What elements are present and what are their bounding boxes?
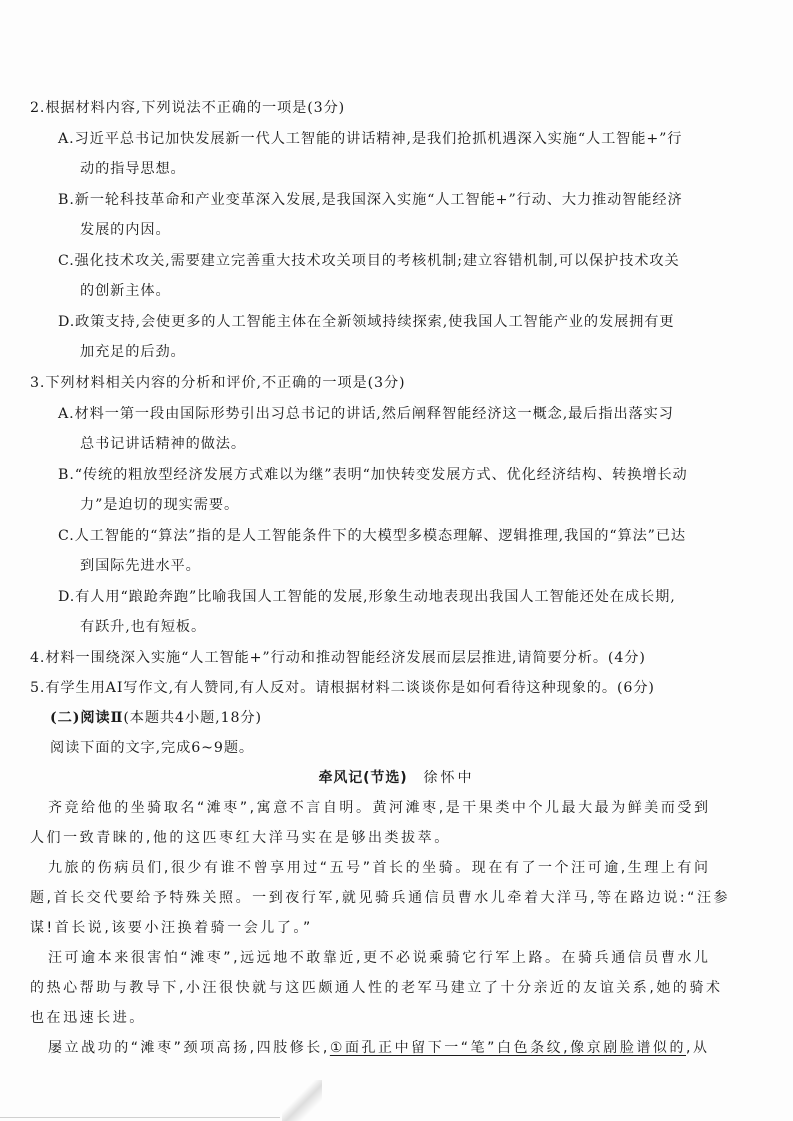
question-5-stem: 5.有学生用AI写作文,有人赞同,有人反对。请根据材料二谈谈你是如何看待这种现象… xyxy=(30,678,655,698)
question-3-option-a-cont: 总书记讲话精神的做法。 xyxy=(80,434,246,454)
section-instruction: 阅读下面的文字,完成6~9题。 xyxy=(50,738,254,758)
passage-author: 徐怀中 xyxy=(424,770,475,786)
section-heading-note: (本题共4小题,18分) xyxy=(123,710,262,726)
underlined-sentence-1: ①面孔正中留下一“笔”白色条纹,像京剧脸谱似的 xyxy=(330,1040,686,1056)
passage-paragraph-2-line-3: 谋!首长说,该要小汪换着骑一会儿了。” xyxy=(30,918,313,938)
passage-paragraph-3-line-2: 的热心帮助与教导下,小汪很快就与这匹颇通人性的老军马建立了十分亲近的友谊关系,她… xyxy=(30,978,723,998)
question-2-option-c: C.强化技术攻关,需要建立完善重大技术攻关项目的考核机制;建立容错机制,可以保护… xyxy=(58,251,680,271)
page-curl-shadow xyxy=(282,1080,322,1121)
question-3-option-a: A.材料一第一段由国际形势引出习总书记的讲话,然后阐释智能经济这一概念,最后指出… xyxy=(58,404,674,424)
question-2-option-c-cont: 的创新主体。 xyxy=(80,281,171,301)
question-3-stem: 3.下列材料相关内容的分析和评价,不正确的一项是(3分) xyxy=(30,373,405,393)
passage-paragraph-4-line-1: 屡立战功的“滩枣”颈项高扬,四肢修长,①面孔正中留下一“笔”白色条纹,像京剧脸谱… xyxy=(48,1038,710,1058)
question-2-option-d: D.政策支持,会使更多的人工智能主体在全新领域持续探索,使我国人工智能产业的发展… xyxy=(58,312,674,332)
passage-title-line: 牵风记(节选)徐怀中 xyxy=(0,768,793,788)
passage-paragraph-1-line-1: 齐竞给他的坐骑取名“滩枣”,寓意不言自明。黄河滩枣,是干果类中个儿最大最为鲜美而… xyxy=(48,798,711,818)
question-2-option-a: A.习近平总书记加快发展新一代人工智能的讲话精神,是我们抢抓机遇深入实施“人工智… xyxy=(58,129,682,149)
question-2-option-b-cont: 发展的内因。 xyxy=(80,220,171,240)
question-3-option-b: B.“传统的粗放型经济发展方式难以为继”表明“加快转变发展方式、优化经济结构、转… xyxy=(58,465,688,485)
exam-page: 2.根据材料内容,下列说法不正确的一项是(3分) A.习近平总书记加快发展新一代… xyxy=(0,0,793,1121)
question-3-option-d: D.有人用“踉跄奔跑”比喻我国人工智能的发展,形象生动地表现出我国人工智能还处在… xyxy=(58,587,676,607)
passage-title: 牵风记(节选) xyxy=(318,770,407,786)
passage-paragraph-3-line-3: 也在迅速长进。 xyxy=(30,1008,146,1028)
passage-paragraph-3-line-1: 汪可逾本来很害怕“滩枣”,远远地不敢靠近,更不必说乘骑它行军上路。在骑兵通信员曹… xyxy=(48,948,711,968)
question-3-option-c-cont: 到国际先进水平。 xyxy=(80,556,201,576)
passage-paragraph-2-line-2: 题,首长交代要给予特殊关照。一到夜行军,就见骑兵通信员曹水儿牵着大洋马,等在路边… xyxy=(30,888,730,908)
question-2-option-b: B.新一轮科技革命和产业变革深入发展,是我国深入实施“人工智能+”行动、大力推动… xyxy=(58,190,683,210)
question-3-option-c: C.人工智能的“算法”指的是人工智能条件下的大模型多模态理解、逻辑推理,我国的“… xyxy=(58,526,686,546)
paragraph-4-prefix: 屡立战功的“滩枣”颈项高扬,四肢修长, xyxy=(48,1040,330,1056)
question-2-option-d-cont: 加充足的后劲。 xyxy=(80,342,186,362)
page-edge-line xyxy=(0,1117,280,1118)
question-2-option-a-cont: 动的指导思想。 xyxy=(80,159,186,179)
passage-paragraph-2-line-1: 九旅的伤病员们,很少有谁不曾享用过“五号”首长的坐骑。现在有了一个汪可逾,生理上… xyxy=(48,858,711,878)
question-4-stem: 4.材料一围绕深入实施“人工智能+”行动和推动智能经济发展而层层推进,请简要分析… xyxy=(30,648,646,668)
question-3-option-d-cont: 有跃升,也有短板。 xyxy=(80,617,206,637)
section-heading: (二)阅读Ⅱ(本题共4小题,18分) xyxy=(50,708,262,728)
question-3-option-b-cont: 力”是迫切的现实需要。 xyxy=(80,495,239,515)
paragraph-4-suffix: ,从 xyxy=(686,1040,710,1056)
passage-paragraph-1-line-2: 人们一致青睐的,他的这匹枣红大洋马实在是够出类拔萃。 xyxy=(30,828,451,848)
section-heading-title: (二)阅读Ⅱ xyxy=(50,710,123,726)
question-2-stem: 2.根据材料内容,下列说法不正确的一项是(3分) xyxy=(30,98,345,118)
